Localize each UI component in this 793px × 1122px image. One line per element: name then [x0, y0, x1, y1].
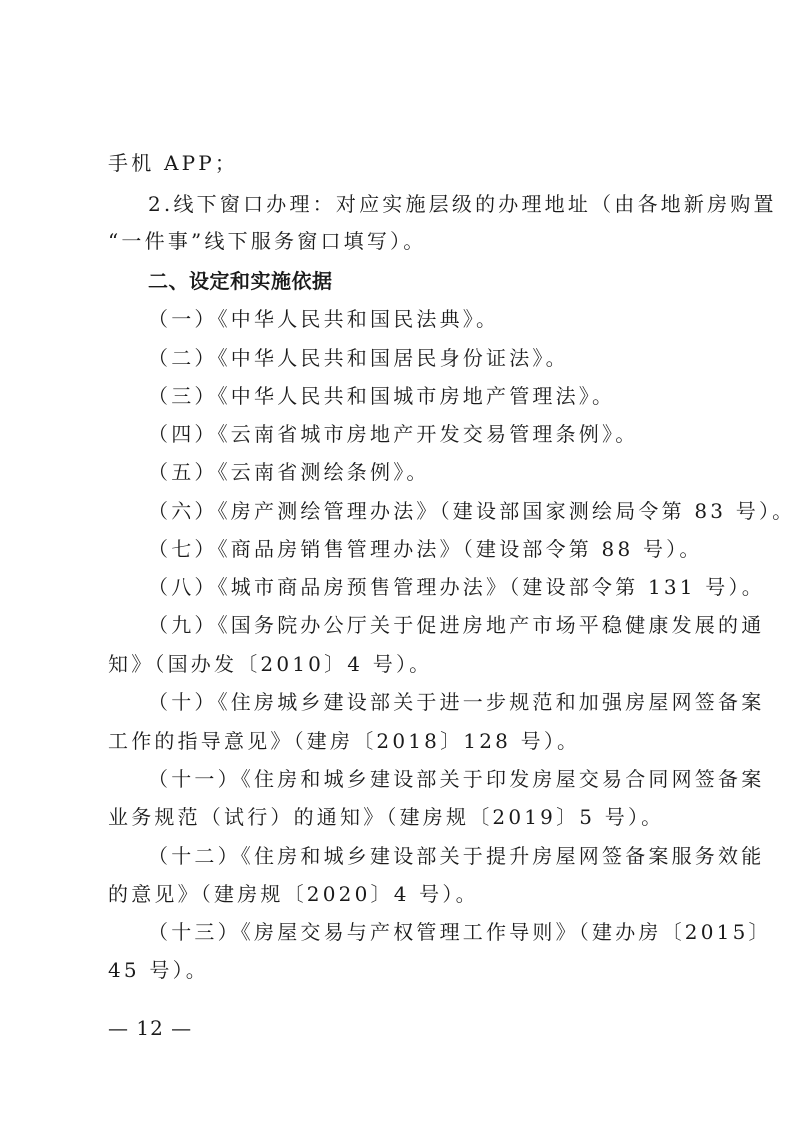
legal-basis-item: （三）《中华人民共和国城市房地产管理法》。	[148, 383, 738, 409]
page-number: — 12 —	[108, 1015, 192, 1041]
document-page: 手机 APP； 2.线下窗口办理：对应实施层级的办理地址（由各地新房购置 “一件…	[0, 0, 793, 1122]
legal-basis-item: （五）《云南省测绘条例》。	[148, 459, 738, 485]
legal-basis-item-continued: 的意见》（建房规〔2020〕4 号）。	[108, 881, 698, 907]
legal-basis-item: （二）《中华人民共和国居民身份证法》。	[148, 345, 738, 371]
legal-basis-item: （八）《城市商品房预售管理办法》（建设部令第 131 号）。	[148, 574, 738, 600]
legal-basis-item: （十一）《住房和城乡建设部关于印发房屋交易合同网签备案	[148, 766, 738, 792]
legal-basis-item: （十）《住房城乡建设部关于进一步规范和加强房屋网签备案	[148, 689, 738, 715]
body-text-line: 2.线下窗口办理：对应实施层级的办理地址（由各地新房购置	[148, 191, 738, 217]
legal-basis-item: （十二）《住房和城乡建设部关于提升房屋网签备案服务效能	[148, 843, 738, 869]
legal-basis-item: （六）《房产测绘管理办法》（建设部国家测绘局令第 83 号）。	[148, 498, 738, 524]
body-text-line: “一件事”线下服务窗口填写）。	[108, 228, 698, 254]
legal-basis-item: （一）《中华人民共和国民法典》。	[148, 306, 738, 332]
legal-basis-item-continued: 业务规范（试行）的通知》（建房规〔2019〕5 号）。	[108, 804, 698, 830]
legal-basis-item: （七）《商品房销售管理办法》（建设部令第 88 号）。	[148, 536, 738, 562]
legal-basis-item: （四）《云南省城市房地产开发交易管理条例》。	[148, 421, 738, 447]
legal-basis-item: （九）《国务院办公厅关于促进房地产市场平稳健康发展的通	[148, 612, 738, 638]
legal-basis-item-continued: 工作的指导意见》（建房〔2018〕128 号）。	[108, 728, 698, 754]
legal-basis-item-continued: 知》（国办发〔2010〕4 号）。	[108, 651, 698, 677]
section-heading: 二、设定和实施依据	[148, 268, 738, 294]
body-text-line: 手机 APP；	[108, 150, 698, 176]
legal-basis-item: （十三）《房屋交易与产权管理工作导则》（建办房〔2015〕	[148, 919, 738, 945]
legal-basis-item-continued: 45 号）。	[108, 957, 698, 983]
